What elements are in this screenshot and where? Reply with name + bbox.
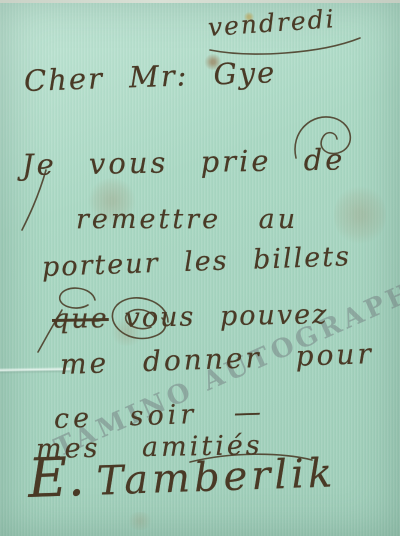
body-line-4: quevous pouvez [52,299,329,335]
letter-page: TAMINO AUTOGRAPHS vendredi Cher Mr: Gye … [0,0,400,536]
body-line-5: me donner pour [59,337,374,381]
struck-out-word: que [52,303,109,335]
signature-initial: E. [27,445,86,510]
date-line: vendredi [207,4,336,42]
signature-name: Tamberlik [96,450,337,504]
body-line-6: ce soir — [53,397,265,435]
stain-spot [334,184,386,246]
body-line-4-text: vous pouvez [124,299,328,334]
salutation-line: Cher Mr: Gye [23,55,276,98]
body-line-3: porteur les billets [41,241,351,283]
body-line-1: Je vous prie de [22,142,346,182]
stain-spot [126,512,154,530]
body-line-2: remettre au [76,204,298,235]
scan-edge [0,0,400,3]
date-underline-stroke [210,38,360,54]
signature-line: E.Tamberlik [27,441,337,507]
